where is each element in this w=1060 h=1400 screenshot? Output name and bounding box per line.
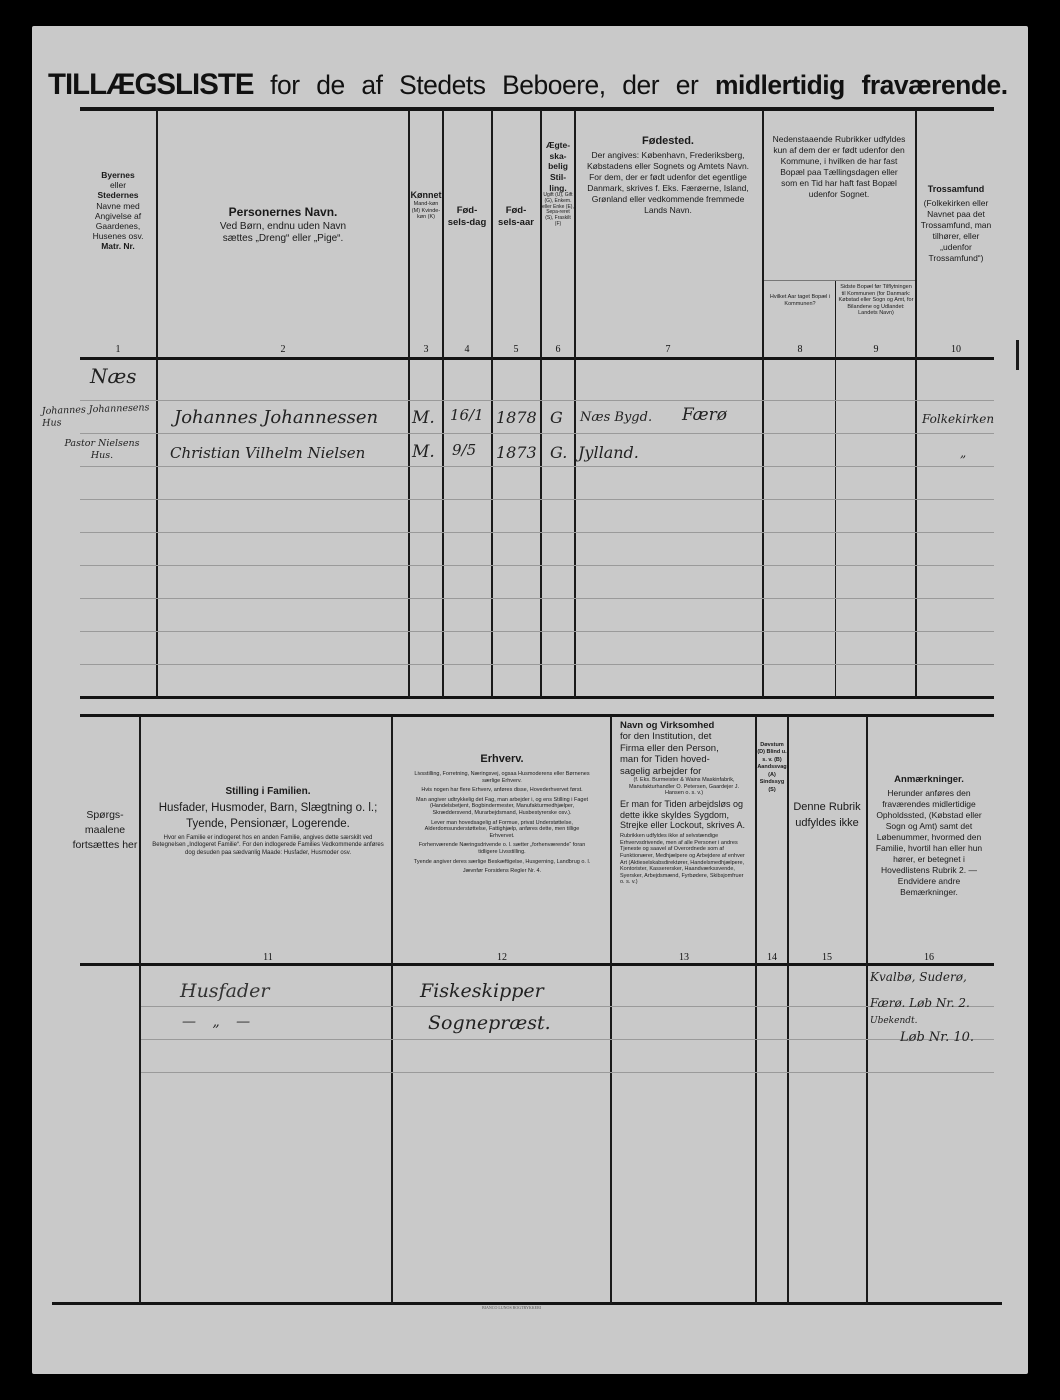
header-col5-birthyear: Fød-sels-aar xyxy=(495,205,537,229)
header-text: Mand-køn (M) Kvinde-køn (K) xyxy=(410,201,442,220)
header-text: Matr. Nr. xyxy=(101,241,135,251)
family-position-ditto: — „ — xyxy=(182,1014,256,1030)
birthplace-entry: Næs Bygd. xyxy=(580,410,652,425)
col-number: 7 xyxy=(586,344,750,355)
col-number: 12 xyxy=(412,952,592,963)
header-text: eller xyxy=(110,180,126,190)
header-col13-employer: Navn og Virksomhed for den Institution, … xyxy=(620,720,748,886)
col-divider xyxy=(866,716,868,1304)
header-col11-family-position: Stilling i Familien. Husfader, Husmoder,… xyxy=(150,780,386,857)
header-text: Byernes xyxy=(101,170,135,180)
header-text: Angivelse af xyxy=(95,211,141,221)
row-rule xyxy=(80,532,994,533)
col-divider xyxy=(610,716,612,1304)
header-text: Husenes osv. xyxy=(93,231,144,241)
occupation-entry: Sognepræst. xyxy=(428,1012,551,1034)
col-number: 2 xyxy=(160,344,406,355)
header-para: Lever man hovedsagelig af Formue, privat… xyxy=(412,820,592,840)
header-title: Erhverv. xyxy=(480,753,523,765)
row-rule xyxy=(80,664,994,665)
remarks-entry: Færø. Løb Nr. 2. xyxy=(870,996,970,1010)
col-divider xyxy=(442,110,444,698)
place-entry: Næs xyxy=(90,364,137,388)
header-text: man for Tiden hoved- xyxy=(620,754,710,765)
header-text: Gaardenes, xyxy=(96,221,140,231)
col-number: 4 xyxy=(446,344,488,355)
title-word: de xyxy=(316,70,344,100)
title-word: Beboere, xyxy=(502,70,605,100)
upper-header-bottom-rule xyxy=(80,357,994,360)
header-col12-occupation: Erhverv. Livsstilling, Forretning, Nærin… xyxy=(412,748,592,875)
header-title: Trossamfund xyxy=(928,184,985,194)
header-col8-9-group: Nedenstaaende Rubrikker udfyldes kun af … xyxy=(772,134,906,200)
row-rule xyxy=(80,499,994,500)
title-word: er xyxy=(676,70,699,100)
header-col16-remarks: Anmærkninger. Herunder anføres den fravæ… xyxy=(872,768,986,898)
title-bold-word: midlertidig xyxy=(715,70,845,100)
header-col8-year: Hvilket Aar taget Bopæl i Kommunen? xyxy=(766,294,834,307)
marital-entry: G. xyxy=(550,443,567,462)
sex-entry: M. xyxy=(412,408,435,428)
row-rule xyxy=(141,1072,994,1073)
header-para: Man angiver udtrykkelig det Fag, man arb… xyxy=(412,797,592,817)
title-word: af xyxy=(361,70,382,100)
header-para: Hvis nogen har flere Erhverv, anføres di… xyxy=(412,787,592,794)
title-main-word: TILLÆGSLISTE xyxy=(48,68,253,101)
col-number: 15 xyxy=(792,952,862,963)
lower-table-top-rule xyxy=(80,714,994,717)
sex-entry: M. xyxy=(412,442,435,462)
header-text: Ugift (U), Gift (G), Enkem. eller Enke (… xyxy=(542,193,574,228)
col-number: 16 xyxy=(872,952,986,963)
header-text: Navne med xyxy=(96,201,139,211)
birthyear-entry: 1878 xyxy=(496,408,537,427)
lower-header-bottom-rule xyxy=(80,963,994,966)
header-title: Personernes Navn. xyxy=(229,205,338,219)
header-title: Kønnet xyxy=(410,190,442,201)
top-rule xyxy=(80,107,994,111)
col-divider xyxy=(574,110,576,698)
col-divider xyxy=(787,716,789,1304)
col-divider xyxy=(762,110,764,698)
header-text: for den Institution, det xyxy=(620,731,711,742)
place-entry: Johannes Johannesens Hus xyxy=(42,402,155,431)
printer-imprint: BIANCO LUNOS BOGTRYKKERI xyxy=(482,1305,541,1310)
header-col2-name: Personernes Navn. Ved Børn, endnu uden N… xyxy=(160,205,406,246)
row-rule xyxy=(141,1039,994,1040)
col-divider xyxy=(491,110,493,698)
remarks-entry: Kvalbø, Suderø, xyxy=(870,970,967,984)
header-title: Anmærkninger. xyxy=(894,774,964,785)
row-rule xyxy=(80,433,994,434)
col-number: 13 xyxy=(620,952,748,963)
col-number: 6 xyxy=(542,344,574,355)
header-text: Er man for Tiden arbejdsløs og dette ikk… xyxy=(620,799,748,831)
edge-mark xyxy=(1016,340,1019,370)
row-rule xyxy=(80,598,994,599)
col-number: 9 xyxy=(838,344,914,355)
header-text: (Folkekirken eller Navnet paa det Trossa… xyxy=(920,198,992,264)
title-bold-word: fraværende. xyxy=(862,70,1008,100)
birthplace-entry: Jylland. xyxy=(578,443,639,462)
header-text: Firma eller den Person, xyxy=(620,743,719,754)
header-col9-last-residence: Sidste Bopæl før Tilflytningen til Kommu… xyxy=(838,284,914,317)
header-text: Ved Børn, endnu uden Navn xyxy=(220,221,346,232)
header-title: Fødested. xyxy=(642,135,694,147)
header-para: Jævnfør Forsidens Regler Nr. 4. xyxy=(412,868,592,875)
header-text: Herunder anføres den fraværendes midlert… xyxy=(872,788,986,898)
header-title: Stilling i Familien. xyxy=(225,786,310,797)
header-para: Livsstilling, Forretning, Næringsvej, og… xyxy=(412,771,592,784)
title-word: der xyxy=(622,70,659,100)
header-col14-disability: Døvstum (D) Blind u. s. v. (B) Aandssvag… xyxy=(757,742,787,794)
header-para: Tyende angiver deres særlige Beskæftigel… xyxy=(412,859,592,866)
sub-header-rule xyxy=(764,280,915,281)
row-rule xyxy=(80,466,994,467)
col-number: 10 xyxy=(920,344,992,355)
row-rule xyxy=(141,1006,994,1007)
header-col10-religion: Trossamfund (Folkekirken eller Navnet pa… xyxy=(920,178,992,264)
occupation-entry: Fiskeskipper xyxy=(420,980,544,1002)
col-number: 8 xyxy=(766,344,834,355)
col-divider xyxy=(139,716,141,1304)
header-text: Stedernes xyxy=(97,190,138,200)
birthyear-entry: 1873 xyxy=(496,443,537,462)
person-name: Christian Vilhelm Nielsen xyxy=(170,444,365,462)
title-word: for xyxy=(270,70,299,100)
header-col15-not-filled: Denne Rubrik udfyldes ikke xyxy=(792,800,862,832)
religion-ditto: „ xyxy=(960,446,966,460)
remarks-entry: Løb Nr. 10. xyxy=(900,1030,974,1045)
col-number: 14 xyxy=(757,952,787,963)
person-name: Johannes Johannessen xyxy=(174,407,378,428)
form-title: TILLÆGSLISTE for de af Stedets Beboere, … xyxy=(48,68,979,108)
remarks-entry: Ubekendt. xyxy=(870,1016,918,1026)
col-divider xyxy=(391,716,393,1304)
header-text: sagelig arbejder for xyxy=(620,766,701,777)
marital-entry: G xyxy=(550,408,563,427)
place-entry: Pastor Nielsens Hus. xyxy=(52,438,152,463)
header-para: Forhenværende Næringsdrivende o. l. sætt… xyxy=(412,842,592,855)
birthday-entry: 9/5 xyxy=(452,441,476,459)
col-number: 3 xyxy=(410,344,442,355)
header-title: Ægte-ska-belig Stil-ling. xyxy=(542,140,574,193)
col-divider xyxy=(755,716,757,1304)
col-divider xyxy=(156,110,158,698)
header-col6-marital: Ægte-ska-belig Stil-ling. Ugift (U), Gif… xyxy=(542,140,574,228)
col-divider xyxy=(915,110,917,698)
col-number: 11 xyxy=(150,952,386,963)
col-number: 1 xyxy=(82,344,154,355)
title-word: Stedets xyxy=(399,70,485,100)
header-col4-birthday: Fød-sels-dag xyxy=(446,205,488,229)
header-example: (f. Eks. Burmeister & Wains Maskinfabrik… xyxy=(620,777,748,797)
header-title: Navn og Virksomhed xyxy=(620,720,714,731)
birthplace-entry-2: Færø xyxy=(682,405,727,425)
questions-continue-note: Spørgs-maalene fortsættes her xyxy=(72,808,138,854)
religion-entry: Folkekirken xyxy=(922,412,994,426)
family-position-entry: Husfader xyxy=(180,980,269,1002)
header-text: Husfader, Husmoder, Barn, Slægtning o. l… xyxy=(150,800,386,832)
row-rule xyxy=(80,631,994,632)
row-rule xyxy=(80,565,994,566)
header-col3-sex: Kønnet Mand-køn (M) Kvinde-køn (K) xyxy=(410,190,442,220)
row-rule xyxy=(80,400,994,401)
col-divider xyxy=(835,280,836,698)
header-note: Hvor en Familie er indlogeret hos en and… xyxy=(150,835,386,857)
header-col1-place: Byernes eller Stedernes Navne med Angive… xyxy=(82,170,154,252)
upper-table-bottom-rule xyxy=(80,696,994,699)
header-text: sættes „Dreng“ eller „Pige“. xyxy=(223,233,344,244)
header-col7-birthplace: Fødested. Der angives: København, Freder… xyxy=(586,130,750,216)
birthday-entry: 16/1 xyxy=(450,406,484,424)
header-note: Rubrikken udfyldes ikke af selvstændige … xyxy=(620,833,748,886)
col-number: 5 xyxy=(495,344,537,355)
header-text: Der angives: København, Frederiksberg, K… xyxy=(586,150,750,216)
